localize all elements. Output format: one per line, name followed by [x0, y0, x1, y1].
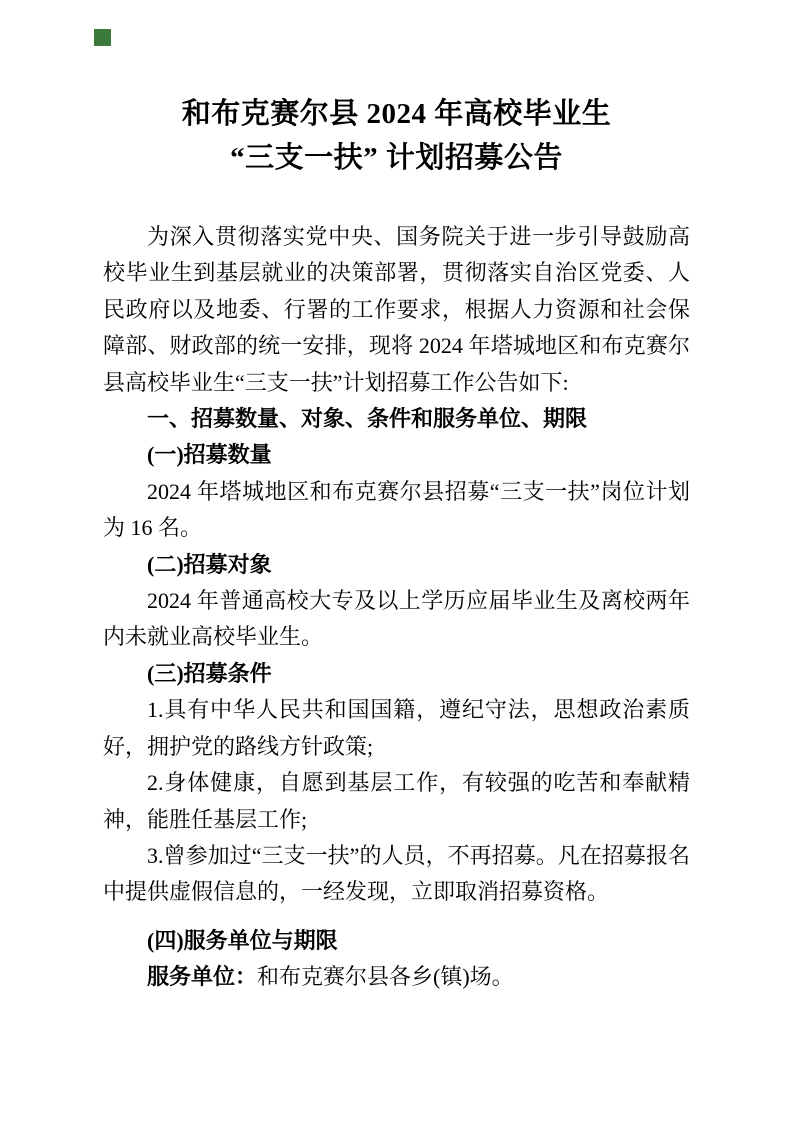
title-line-1: 和布克赛尔县 2024 年高校毕业生 [182, 98, 612, 130]
subsection-heading: (四)服务单位与期限 [103, 923, 690, 959]
document-column: 和布克赛尔县 2024 年高校毕业生 “三支一扶” 计划招募公告 为深入贯彻落实… [103, 0, 690, 996]
labeled-paragraph: 服务单位：和布克赛尔县各乡(镇)场。 [103, 959, 690, 995]
document-body: 为深入贯彻落实党中央、国务院关于进一步引导鼓励高校毕业生到基层就业的决策部署，贯… [103, 219, 690, 996]
paragraph: 1.具有中华人民共和国国籍，遵纪守法，思想政治素质好，拥护党的路线方针政策; [103, 692, 690, 765]
paragraph: 为深入贯彻落实党中央、国务院关于进一步引导鼓励高校毕业生到基层就业的决策部署，贯… [103, 219, 690, 401]
paragraph: 2024 年塔城地区和布克赛尔县招募“三支一扶”岗位计划为 16 名。 [103, 474, 690, 547]
subsection-heading: (一)招募数量 [103, 437, 690, 473]
section-heading: 一、招募数量、对象、条件和服务单位、期限 [103, 401, 690, 437]
title-line-2: “三支一扶” 计划招募公告 [230, 142, 563, 174]
document-title: 和布克赛尔县 2024 年高校毕业生 “三支一扶” 计划招募公告 [103, 92, 690, 180]
paragraph: 2.身体健康，自愿到基层工作，有较强的吃苦和奉献精神，能胜任基层工作; [103, 765, 690, 838]
paragraph: 2024 年普通高校大专及以上学历应届毕业生及离校两年内未就业高校毕业生。 [103, 583, 690, 656]
subsection-heading: (三)招募条件 [103, 656, 690, 692]
paragraph: 3.曾参加过“三支一扶”的人员，不再招募。凡在招募报名中提供虚假信息的，一经发现… [103, 838, 690, 911]
document-page: 和布克赛尔县 2024 年高校毕业生 “三支一扶” 计划招募公告 为深入贯彻落实… [0, 0, 793, 1122]
subsection-heading: (二)招募对象 [103, 547, 690, 583]
paragraph-label: 服务单位： [147, 964, 257, 989]
